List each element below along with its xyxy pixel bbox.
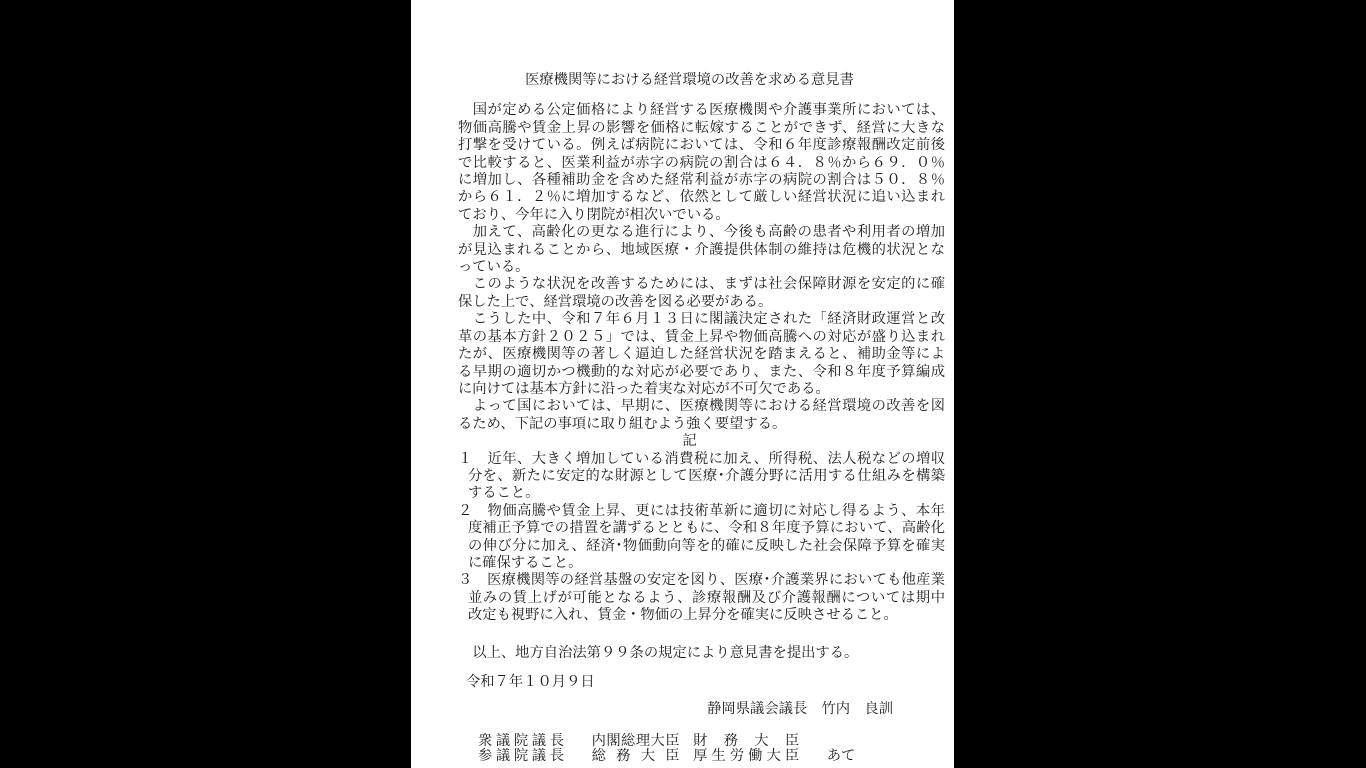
document-line: るため、下記の事項に取り組むよう強く要望する。 — [458, 416, 945, 433]
document-line: 度補正予算での措置を講ずるとともに、令和８年度予算において、高齢化 — [468, 520, 945, 537]
document-line: で比較すると、医業利益が赤字の病院の割合は６４．８％から６９．０％ — [458, 155, 945, 172]
document-line: る早期の適切かつ機動的な対応が必要であり、また、令和８年度予算編成 — [458, 364, 945, 381]
document-line: 加えて、高齢化の更なる進行により、今後も高齢の患者や利用者の増加 — [458, 224, 945, 241]
recipient-health-labour-welfare-minister: 厚生労働大臣 — [693, 749, 799, 765]
closing-line: 以上、地方自治法第９９条の規定により意見書を提出する。 — [458, 645, 945, 662]
document-line: １ 近年、大きく増加している消費税に加え、所得税、法人税などの増収 — [458, 451, 945, 468]
document-line: 打撃を受けている。例えば病院においては、令和６年度診療報酬改定前後 — [458, 137, 945, 154]
document-line: から６１．２％に増加するなど、依然として厳しい経営状況に追い込まれ — [458, 189, 945, 206]
document-line: よって国においては、早期に、医療機関等における経営環境の改善を図 — [458, 398, 945, 415]
recipient-house-of-councillors: 参 議 院 議 長 — [478, 749, 564, 765]
viewer-background: 医療機関等における経営環境の改善を求める意見書 国が定める公定価格により経営する… — [0, 0, 1366, 768]
document-line: 国が定める公定価格により経営する医療機関や介護事業所においては、 — [458, 102, 945, 119]
document-page: 医療機関等における経営環境の改善を求める意見書 国が定める公定価格により経営する… — [411, 0, 954, 768]
document-title: 医療機関等における経営環境の改善を求める意見書 — [458, 72, 945, 89]
document-line: に向けては基本方針に沿った着実な対応が不可欠である。 — [458, 381, 945, 398]
document-line: たが、医療機関等の著しく逼迫した経営状況を踏まえると、補助金等によ — [458, 346, 945, 363]
document-line: ３ 医療機関等の経営基盤の安定を図り、医療･介護業界においても他産業 — [458, 572, 945, 589]
document-line: すること。 — [468, 485, 945, 502]
document-line: こうした中、令和７年６月１３日に閣議決定された「経済財政運営と改 — [458, 311, 945, 328]
document-line: 物価高騰や賃金上昇の影響を価格に転嫁することができず、経営に大きな — [458, 120, 945, 137]
document-line: ２ 物価高騰や賃金上昇、更には技術革新に適切に対応し得るよう、本年 — [458, 503, 945, 520]
document-line: 改定も視野に入れ、賃金・物価の上昇分を確実に反映させること。 — [468, 607, 945, 624]
document-line: 保した上で、経営環境の改善を図る必要がある。 — [458, 294, 945, 311]
recipient-suffix: あて — [827, 748, 856, 764]
document-line: 分を、新たに安定的な財源として医療･介護分野に活用する仕組みを構築 — [468, 468, 945, 485]
document-line: が見込まれることから、地域医療・介護提供体制の維持は危機的状況とな — [458, 242, 945, 259]
document-line: の伸び分に加え、経済･物価動向等を的確に反映した社会保障予算を確実 — [468, 538, 945, 555]
document-line: 革の基本方針２０２５」では、賃金上昇や物価高騰への対応が盛り込まれ — [458, 329, 945, 346]
document-line: 並みの賃上げが可能となるよう、診療報酬及び介護報酬については期中 — [468, 590, 945, 607]
document-line: に確保すること。 — [468, 555, 945, 572]
recipients-row-2: 参 議 院 議 長 総 務 大 臣 厚生労働大臣 あて — [478, 749, 945, 765]
document-line: このような状況を改善するためには、まずは社会保障財源を安定的に確 — [458, 276, 945, 293]
document-line: っている。 — [458, 259, 945, 276]
document-line: に増加し、各種補助金を含めた経常利益が赤字の病院の割合は５０．８％ — [458, 172, 945, 189]
recipient-internal-affairs-minister: 総 務 大 臣 — [592, 749, 680, 765]
document-line: 記 — [458, 433, 945, 450]
document-body: 国が定める公定価格により経営する医療機関や介護事業所においては、物価高騰や賃金上… — [458, 102, 945, 624]
document-line: ており、今年に入り閉院が相次いでいる。 — [458, 207, 945, 224]
signature-line: 静岡県議会議長 竹内 良訓 — [458, 701, 945, 718]
date-line: 令和７年１０月９日 — [458, 674, 945, 691]
recipients-block: 衆 議 院 議 長 内閣総理大臣 財 務 大 臣 参 議 院 議 長 総 務 大… — [458, 734, 945, 765]
